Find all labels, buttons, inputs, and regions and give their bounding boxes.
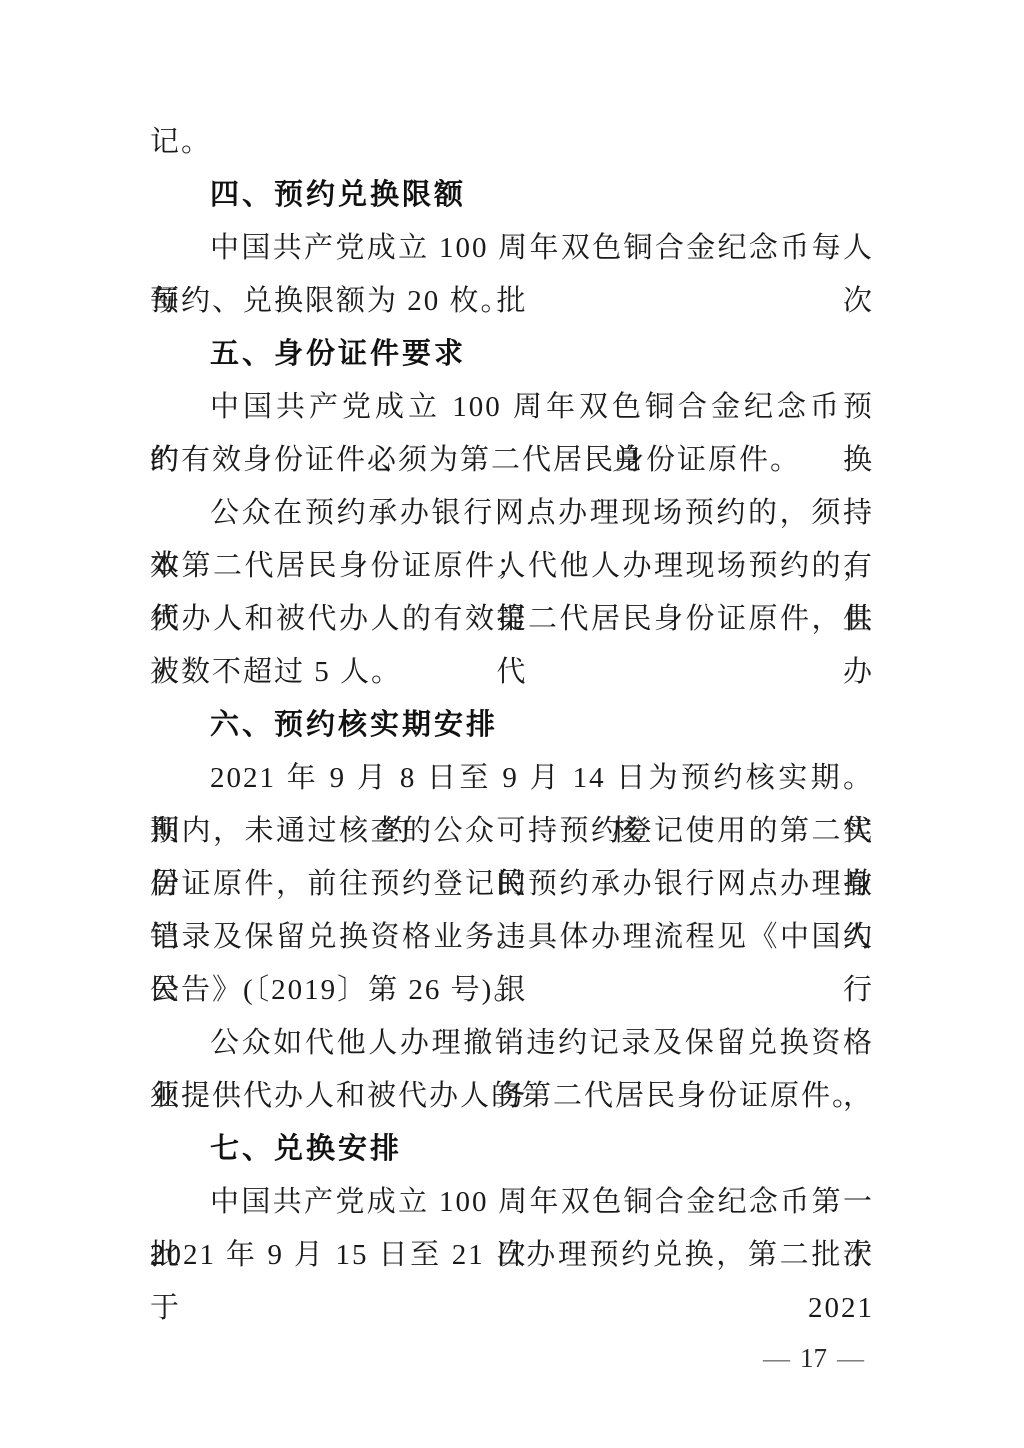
- body-line: 2021 年 9 月 8 日至 9 月 14 日为预约核实期。预约核实: [150, 752, 874, 805]
- body-line: 中国共产党成立 100 周年双色铜合金纪念币每人每批次: [150, 222, 874, 275]
- section-heading: 六、预约核实期安排: [150, 699, 874, 752]
- body-line: 的有效身份证件必须为第二代居民身份证原件。: [150, 434, 874, 487]
- body-line: 份证原件，前往预约登记的预约承办银行网点办理撤销违约: [150, 858, 874, 911]
- body-line: 中国共产党成立 100 周年双色铜合金纪念币预约、兑换: [150, 381, 874, 434]
- body-line: 须提供代办人和被代办人的第二代居民身份证原件。: [150, 1070, 874, 1123]
- page-number-left-dash: —: [753, 1343, 800, 1373]
- section-heading: 五、身份证件要求: [150, 328, 874, 381]
- body-line: 记。: [150, 116, 874, 169]
- section-heading: 四、预约兑换限额: [150, 169, 874, 222]
- page-number-right-dash: —: [827, 1343, 874, 1373]
- body-line: 公众如代他人办理撤销违约记录及保留兑换资格业务，: [150, 1017, 874, 1070]
- body-line: 公众在预约承办银行网点办理现场预约的，须持本人有: [150, 487, 874, 540]
- body-line: 效第二代居民身份证原件；代他人办理现场预约的，须提供: [150, 540, 874, 593]
- body-line: 2021 年 9 月 15 日至 21 日办理预约兑换，第二批次于 2021: [150, 1229, 874, 1282]
- page-number-value: 17: [800, 1343, 827, 1373]
- page-content: 记。四、预约兑换限额中国共产党成立 100 周年双色铜合金纪念币每人每批次预约、…: [150, 116, 874, 1282]
- body-line: 期内，未通过核查的公众可持预约登记使用的第二代居民身: [150, 805, 874, 858]
- page-number: —17—: [753, 1340, 874, 1376]
- body-line: 中国共产党成立 100 周年双色铜合金纪念币第一批次于: [150, 1176, 874, 1229]
- document-page: 记。四、预约兑换限额中国共产党成立 100 周年双色铜合金纪念币每人每批次预约、…: [0, 0, 1024, 1448]
- section-heading: 七、兑换安排: [150, 1123, 874, 1176]
- body-line: 记录及保留兑换资格业务。具体办理流程见《中国人民银行: [150, 911, 874, 964]
- body-line: 代办人和被代办人的有效第二代居民身份证原件，且被代办: [150, 593, 874, 646]
